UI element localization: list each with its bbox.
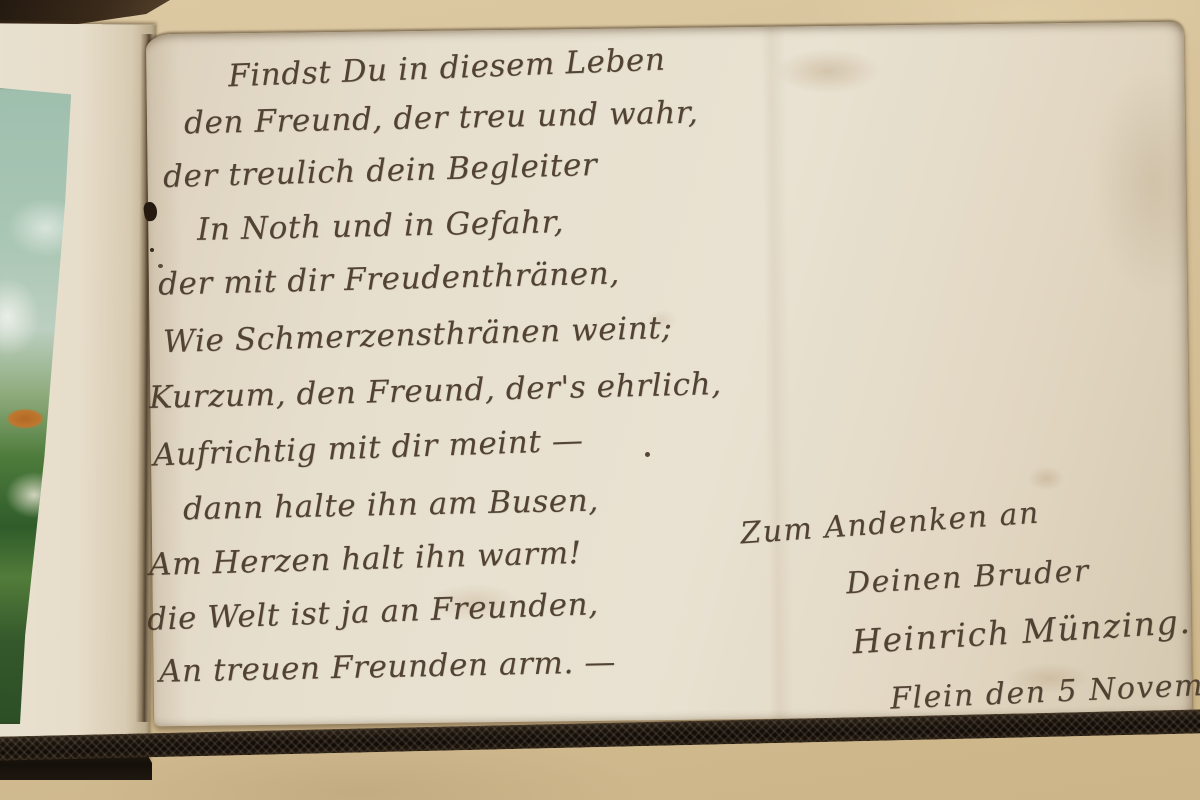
poem-line: In Noth und in Gefahr,: [197, 204, 565, 248]
album-photo: Findst Du in diesem Leben den Freund, de…: [0, 0, 1200, 800]
ink-speck: [150, 248, 154, 252]
ink-speck: [645, 452, 650, 457]
